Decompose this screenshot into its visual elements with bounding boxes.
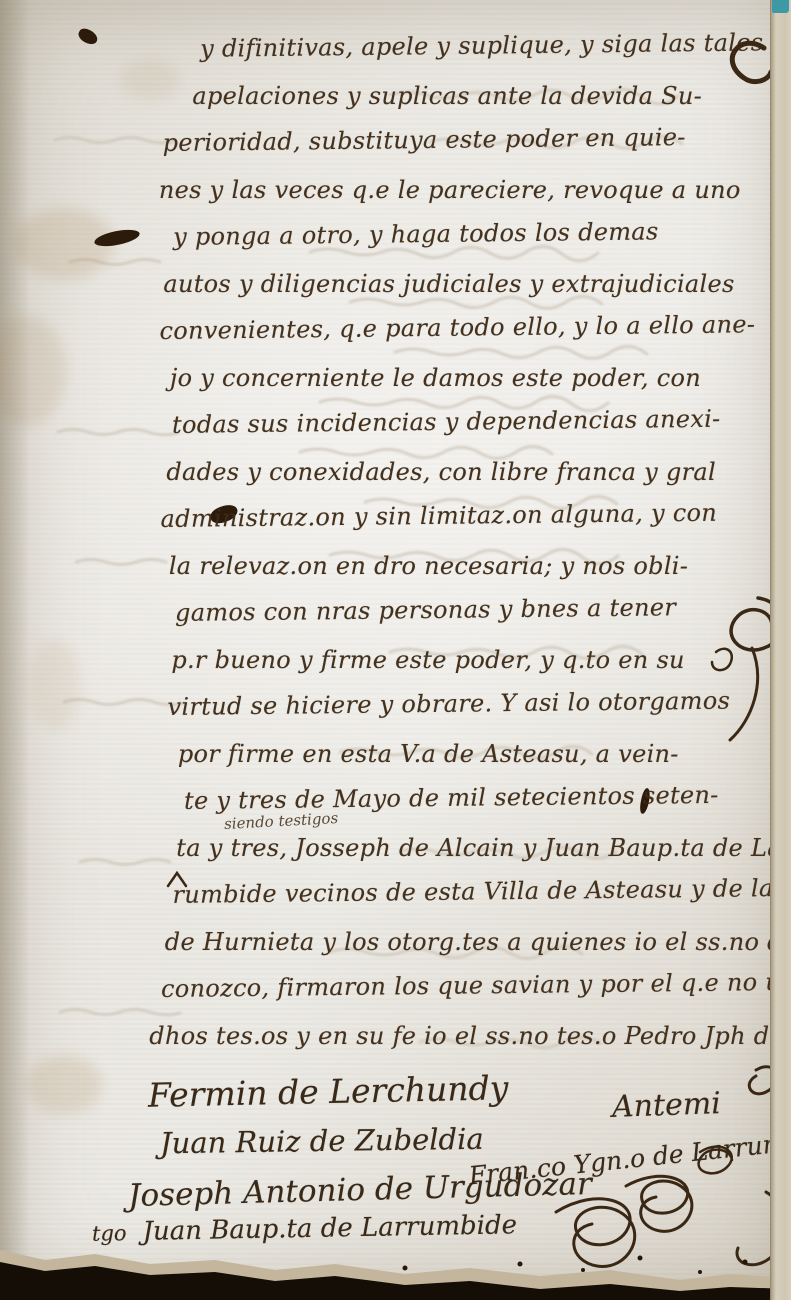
manuscript-line: convenientes, q.e para todo ello, y lo a… [159, 301, 779, 355]
manuscript-line: rumbide vecinos de esta Villa de Asteasu… [172, 865, 782, 919]
signature-fermin-de-lerchundy: Fermin de Lerchundy [148, 1068, 509, 1115]
ink-blot [76, 26, 100, 47]
manuscript-line: nes y las veces q.e le pareciere, revoqu… [159, 167, 779, 214]
manuscript-line: ta y tres, Josseph de Alcain y Juan Baup… [176, 825, 782, 872]
manuscript-line: dades y conexidades, con libre franca y … [166, 449, 780, 496]
manuscript-page: y difinitivas, apele y suplique, y siga … [0, 0, 791, 1300]
manuscript-line: y ponga a otro, y haga todos los demas [173, 207, 779, 261]
signature-name: Juan Baup.ta de Larrumbide [142, 1210, 517, 1247]
manuscript-line: jo y concerniente le damos este poder, c… [170, 355, 780, 402]
adjacent-page-edge [770, 0, 791, 1300]
manuscript-line: por firme en esta V.a de Asteasu, a vein… [178, 731, 782, 778]
manuscript-line: p.r bueno y firme este poder, y q.to en … [171, 637, 781, 684]
manuscript-line: conozco, firmaron los que savian y por e… [161, 959, 783, 1013]
paper-stain [26, 1056, 102, 1114]
manuscript-line: la relevaz.on en dro necesaria; y nos ob… [169, 543, 781, 590]
manuscript-line: de Hurnieta y los otorg.tes a quienes io… [165, 919, 783, 966]
manuscript-line: gamos con nras personas y bnes a tener [175, 583, 781, 637]
signature-juan-bauptista-de-larrumbide: tgoJuan Baup.ta de Larrumbide [92, 1210, 517, 1247]
witness-abbreviation: tgo [92, 1221, 127, 1246]
binding-shadow [0, 0, 30, 1300]
manuscript-line: apelaciones y suplicas ante la devida Su… [192, 73, 778, 120]
manuscript-line: dhos tes.os y en su fe io el ss.no tes.o… [149, 1013, 783, 1060]
manuscript-line: todas sus incidencias y dependencias ane… [172, 395, 780, 449]
manuscript-line: autos y diligencias judiciales y extraju… [163, 261, 779, 308]
manuscript-line: administraz.on y sin limitaz.on alguna, … [160, 489, 780, 543]
notary-antemi-mark: Antemi [611, 1086, 721, 1125]
manuscript-line: perioridad, substituya este poder en qui… [162, 113, 778, 167]
paper-stain [0, 316, 66, 426]
teal-corner-tab [772, 0, 789, 13]
signature-juan-ruiz-de-zubeldia: Juan Ruiz de Zubeldia [160, 1122, 484, 1161]
manuscript-line: virtud se hiciere y obrare. Y asi lo oto… [167, 677, 781, 731]
manuscript-line: y difinitivas, apele y suplique, y siga … [200, 19, 778, 73]
paper-stain [30, 640, 80, 730]
manuscript-text: y difinitivas, apele y suplique, y siga … [158, 23, 783, 1060]
signature-joseph-antonio-de-urgudozar: Joseph Antonio de Urgudozar [128, 1166, 593, 1214]
